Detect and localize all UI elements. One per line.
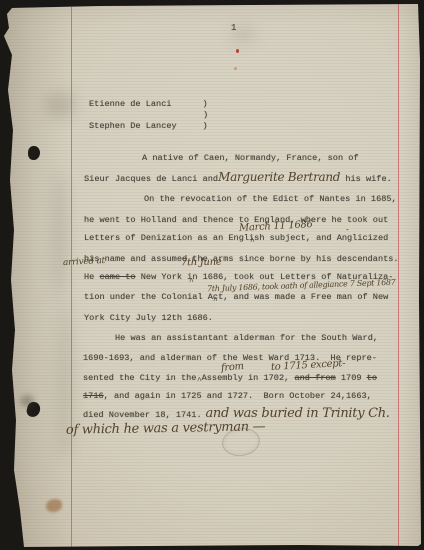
handwritten-text: Marguerite Bertrand <box>218 170 340 184</box>
typed-line: died November 18, 1741. and was buried i… <box>83 409 390 420</box>
typed-text: died November 18, 1741. <box>83 410 202 420</box>
handwritten-text: and was buried in Trinity Ch. <box>202 406 390 421</box>
typed-line: ) <box>203 110 208 120</box>
struck-typed-text: and from <box>294 373 335 383</box>
typed-text: A native of Caen, Normandy, France, son … <box>142 153 359 163</box>
typed-line: Letters of Denization as an English subj… <box>84 233 388 243</box>
typed-line: of which he was a vestryman — <box>66 422 266 436</box>
typed-line: sented the City in the Assembly in 1702,… <box>83 373 377 383</box>
struck-typed-text: 1716 <box>83 391 104 401</box>
punch-hole <box>25 401 41 419</box>
typed-text: his wife. <box>340 174 392 184</box>
typed-text: Stephen De Lancey ) <box>89 121 208 131</box>
struck-typed-text: came to <box>99 272 135 282</box>
struck-typed-text: to <box>367 373 377 383</box>
typed-text: ) <box>203 110 208 120</box>
caret-mark: ^ <box>189 278 194 287</box>
typed-text: Letters of Denization as an English subj… <box>84 233 388 243</box>
typed-text: York City July 12th 1686. <box>84 313 213 323</box>
typed-text: On the revocation of the Edict of Nantes… <box>144 194 397 204</box>
typed-line: his name and assumed the arms since born… <box>84 254 399 264</box>
typed-line: Stephen De Lancey ) <box>89 121 208 131</box>
smudge-mark <box>52 170 68 300</box>
typed-text: he went to Holland and thence to England… <box>84 215 388 225</box>
typed-text: his name and assumed the arms since born… <box>84 254 399 264</box>
typed-text: sented the City in the Assembly in 1702, <box>83 373 294 383</box>
left-margin-line <box>71 0 72 550</box>
caret-mark: - <box>345 226 350 235</box>
typed-line: Sieur Jacques de Lanci andMarguerite Ber… <box>84 172 392 184</box>
stain-mark <box>46 499 62 512</box>
page-number: 1 <box>231 23 236 33</box>
handwritten-annotation: arrived at <box>63 256 105 268</box>
punch-hole <box>28 146 40 160</box>
typed-line: York City July 12th 1686. <box>84 313 213 323</box>
typed-line: he went to Holland and thence to England… <box>84 215 388 225</box>
typed-text: He <box>84 272 99 282</box>
handwritten-annotation: 7th June <box>181 257 222 269</box>
ink-speck <box>236 49 239 53</box>
ink-speck <box>234 67 237 70</box>
typed-line: tion under the Colonial Act, and was mad… <box>84 292 388 302</box>
right-margin-line <box>398 0 399 550</box>
typed-text: 1709 <box>336 373 367 383</box>
caret-mark: ^ <box>213 297 218 306</box>
typed-text: Etienne de Lanci ) <box>89 99 208 109</box>
typed-text: He was an assistantant alderman for the … <box>115 333 378 343</box>
paper: 1 Etienne de Lanci ))Stephen De Lancey )… <box>0 0 424 550</box>
typed-text: Sieur Jacques de Lanci and <box>84 174 218 184</box>
scanned-document-photo: 1 Etienne de Lanci ))Stephen De Lancey )… <box>0 0 424 550</box>
caret-mark: ^ <box>250 238 255 247</box>
typed-text: , and again in 1725 and 1727. Born Octob… <box>104 391 372 401</box>
typed-line: A native of Caen, Normandy, France, son … <box>142 153 359 163</box>
typed-line: 1716, and again in 1725 and 1727. Born O… <box>83 391 372 401</box>
handwritten-annotation: from <box>221 361 245 374</box>
typed-line: He was an assistantant alderman for the … <box>115 333 378 343</box>
typed-text: tion under the Colonial Act, and was mad… <box>84 292 388 302</box>
typed-line: On the revocation of the Edict of Nantes… <box>144 194 397 204</box>
caret-mark: ^ <box>197 377 202 386</box>
typed-line: Etienne de Lanci ) <box>89 99 208 109</box>
